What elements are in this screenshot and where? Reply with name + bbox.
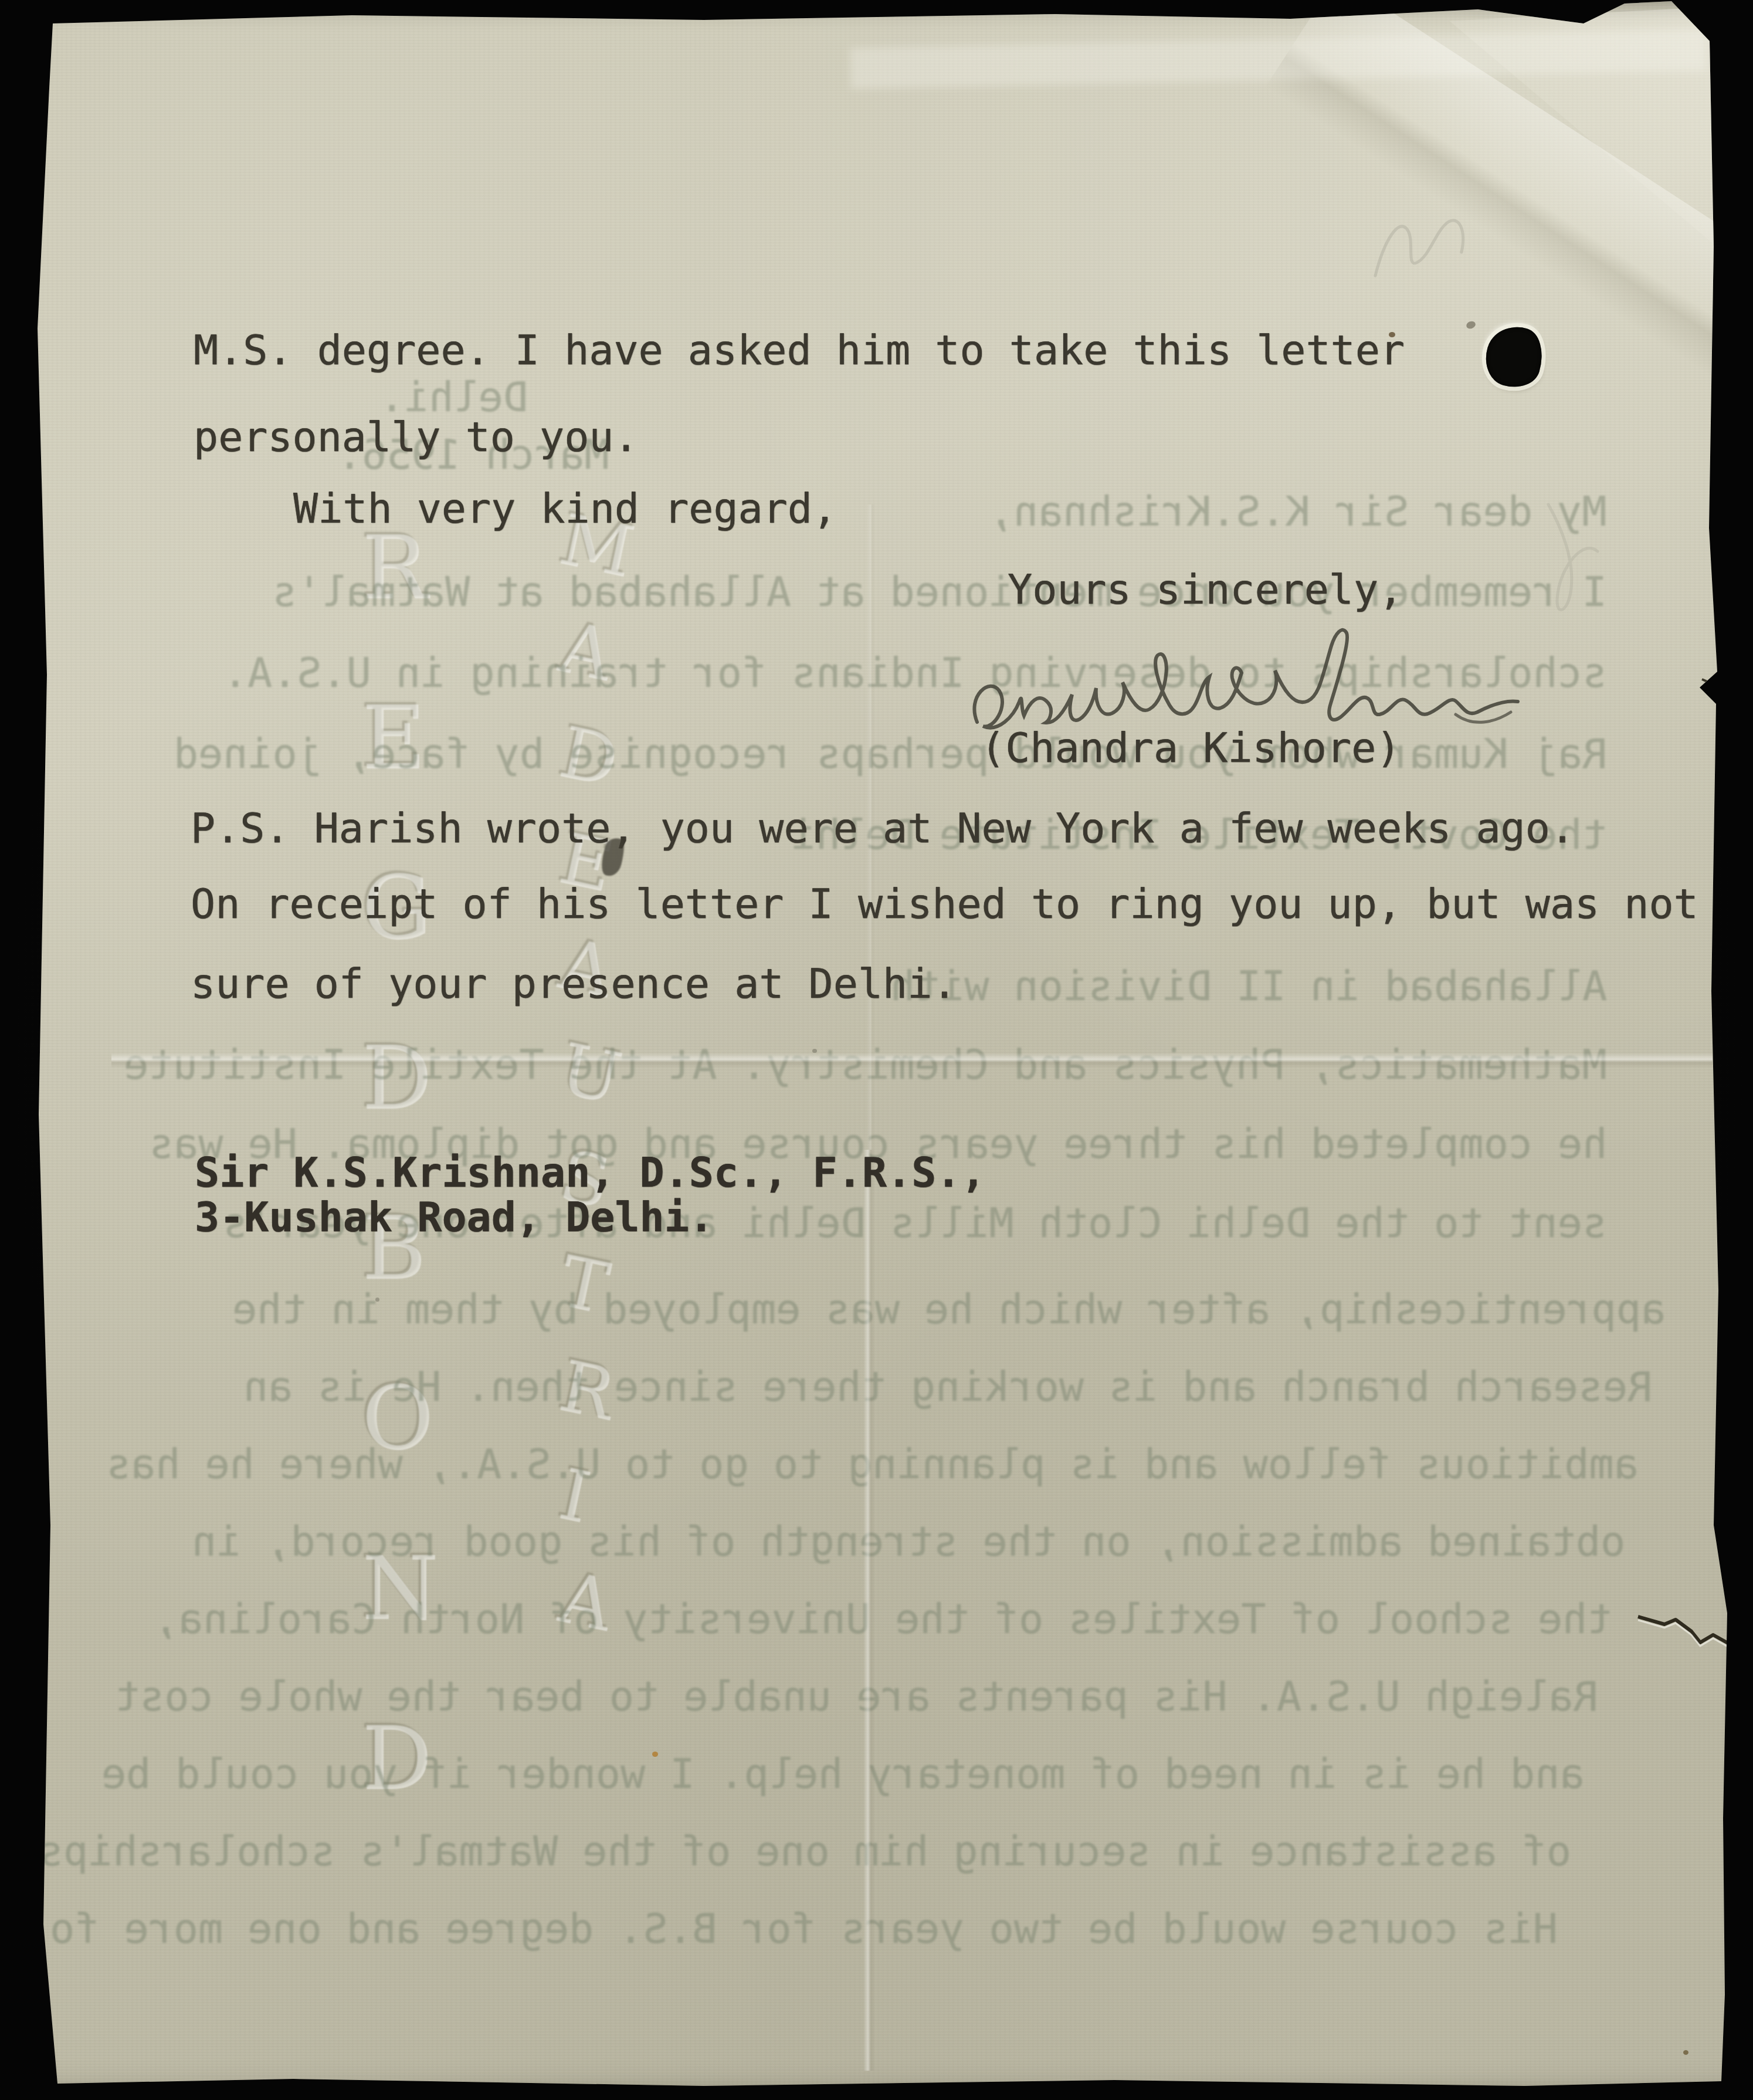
paper-sheet: REGDBONDMADEAUSTRIA Delhi.March 1956.My … [0,0,1753,2100]
paper-speck [812,1049,817,1053]
paper-speck [375,1298,379,1302]
scanned-letter-scene: REGDBONDMADEAUSTRIA Delhi.March 1956.My … [0,0,1753,2100]
paper-speck [1683,2050,1688,2055]
specks-layer [0,0,1753,2100]
paper-speck [1389,332,1395,337]
paper-speck [652,1752,658,1757]
